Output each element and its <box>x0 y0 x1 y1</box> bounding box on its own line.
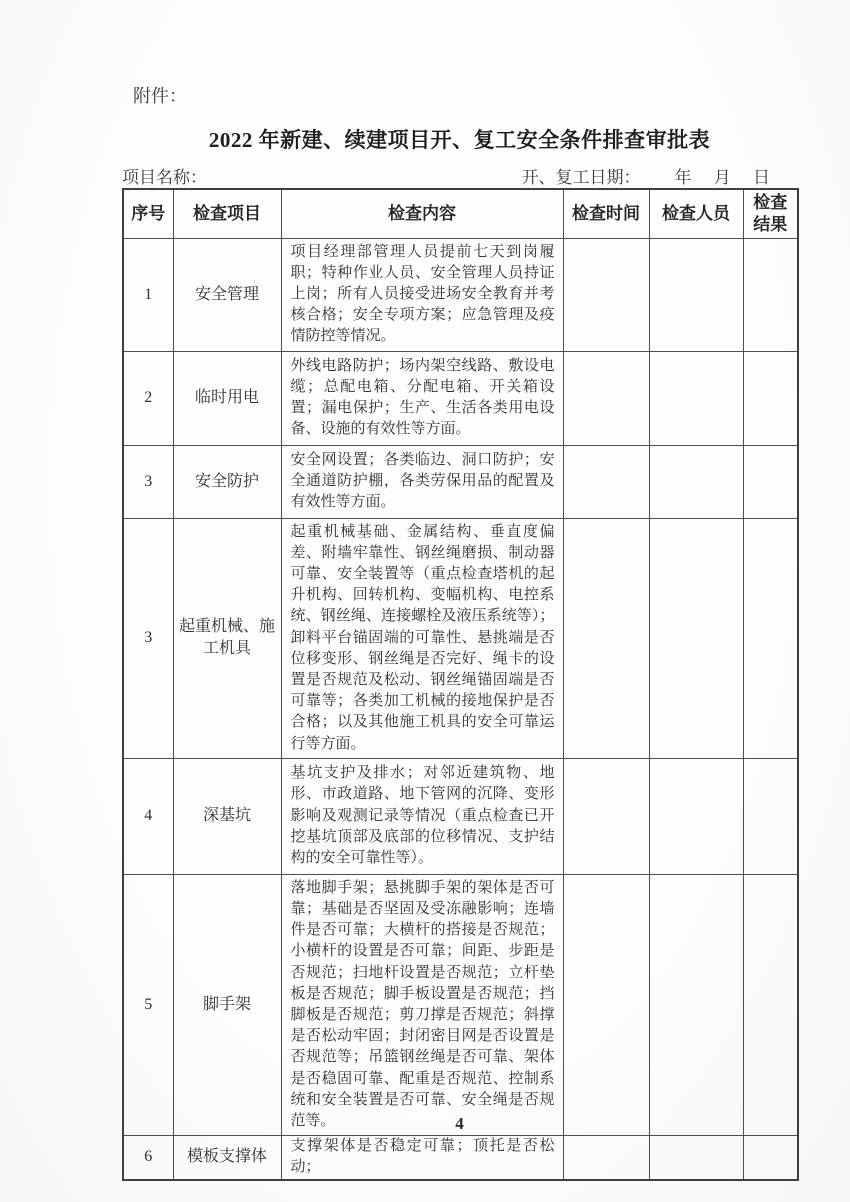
table-header-row: 序号 检查项目 检查内容 检查时间 检查人员 检查结果 <box>123 189 798 238</box>
document-page: 附件： 2022 年新建、续建项目开、复工安全条件排查审批表 项目名称： 开、复… <box>0 0 850 1202</box>
header-no: 序号 <box>123 189 173 238</box>
inspection-table: 序号 检查项目 检查内容 检查时间 检查人员 检查结果 1 安全管理 项目经理部… <box>122 188 799 1181</box>
header-personnel: 检查人员 <box>649 189 743 238</box>
cell-result <box>743 518 798 758</box>
cell-result <box>743 445 798 518</box>
cell-content: 基坑支护及排水；对邻近建筑物、地形、市政道路、地下管网的沉降、变形影响及观测记录… <box>281 758 563 874</box>
header-item: 检查项目 <box>173 189 281 238</box>
cell-item: 起重机械、施工机具 <box>173 518 281 758</box>
cell-time <box>563 518 649 758</box>
table-row: 3 起重机械、施工机具 起重机械基础、金属结构、垂直度偏差、附墙牢靠性、钢丝绳磨… <box>123 518 798 758</box>
cell-content: 安全网设置；各类临边、洞口防护；安全通道防护棚，各类劳保用品的配置及有效性等方面… <box>281 445 563 518</box>
cell-result <box>743 238 798 351</box>
cell-item: 安全管理 <box>173 238 281 351</box>
cell-content: 外线电路防护；场内架空线路、敷设电缆；总配电箱、分配电箱、开关箱设置；漏电保护；… <box>281 351 563 445</box>
project-name-label: 项目名称： <box>122 163 207 188</box>
cell-time <box>563 758 649 874</box>
cell-content: 支撑架体是否稳定可靠；顶托是否松动； <box>281 1136 563 1180</box>
cell-item: 安全防护 <box>173 445 281 518</box>
cell-personnel <box>649 874 743 1135</box>
date-value: 年 月 日 <box>675 168 780 187</box>
page-number: 4 <box>122 1114 797 1134</box>
cell-personnel <box>649 758 743 874</box>
header-result: 检查结果 <box>743 189 798 238</box>
cell-item: 模板支撑体 <box>173 1136 281 1180</box>
cell-item: 临时用电 <box>173 351 281 445</box>
cell-result <box>743 351 798 445</box>
cell-personnel <box>649 518 743 758</box>
cell-item: 深基坑 <box>173 758 281 874</box>
cell-time <box>563 445 649 518</box>
header-time: 检查时间 <box>563 189 649 238</box>
cell-content: 项目经理部管理人员提前七天到岗履职；特种作业人员、安全管理人员持证上岗；所有人员… <box>281 238 563 351</box>
attachment-label: 附件： <box>133 82 187 108</box>
cell-result <box>743 1136 798 1180</box>
table-row: 2 临时用电 外线电路防护；场内架空线路、敷设电缆；总配电箱、分配电箱、开关箱设… <box>123 351 798 445</box>
cell-content: 落地脚手架；悬挑脚手架的架体是否可靠；基础是否坚固及受冻融影响；连墙件是否可靠；… <box>281 874 563 1135</box>
date-label: 开、复工日期： <box>522 168 641 187</box>
table-row: 3 安全防护 安全网设置；各类临边、洞口防护；安全通道防护棚，各类劳保用品的配置… <box>123 445 798 518</box>
table-row: 5 脚手架 落地脚手架；悬挑脚手架的架体是否可靠；基础是否坚固及受冻融影响；连墙… <box>123 874 798 1135</box>
date-field: 开、复工日期：年 月 日 <box>522 163 780 188</box>
cell-time <box>563 874 649 1135</box>
cell-time <box>563 1136 649 1180</box>
cell-no: 1 <box>123 238 173 351</box>
cell-result <box>743 758 798 874</box>
cell-result <box>743 874 798 1135</box>
cell-time <box>563 351 649 445</box>
cell-content: 起重机械基础、金属结构、垂直度偏差、附墙牢靠性、钢丝绳磨损、制动器可靠、安全装置… <box>281 518 563 758</box>
cell-no: 6 <box>123 1136 173 1180</box>
cell-time <box>563 238 649 351</box>
cell-no: 2 <box>123 351 173 445</box>
cell-no: 5 <box>123 874 173 1135</box>
cell-personnel <box>649 351 743 445</box>
cell-item: 脚手架 <box>173 874 281 1135</box>
cell-no: 3 <box>123 445 173 518</box>
cell-personnel <box>649 1136 743 1180</box>
page-title: 2022 年新建、续建项目开、复工安全条件排查审批表 <box>122 124 797 154</box>
table-row: 1 安全管理 项目经理部管理人员提前七天到岗履职；特种作业人员、安全管理人员持证… <box>123 238 798 351</box>
cell-no: 4 <box>123 758 173 874</box>
cell-personnel <box>649 445 743 518</box>
cell-no: 3 <box>123 518 173 758</box>
header-content: 检查内容 <box>281 189 563 238</box>
table-row: 6 模板支撑体 支撑架体是否稳定可靠；顶托是否松动； <box>123 1136 798 1180</box>
meta-row: 项目名称： 开、复工日期：年 月 日 <box>122 163 797 188</box>
table-row: 4 深基坑 基坑支护及排水；对邻近建筑物、地形、市政道路、地下管网的沉降、变形影… <box>123 758 798 874</box>
cell-personnel <box>649 238 743 351</box>
